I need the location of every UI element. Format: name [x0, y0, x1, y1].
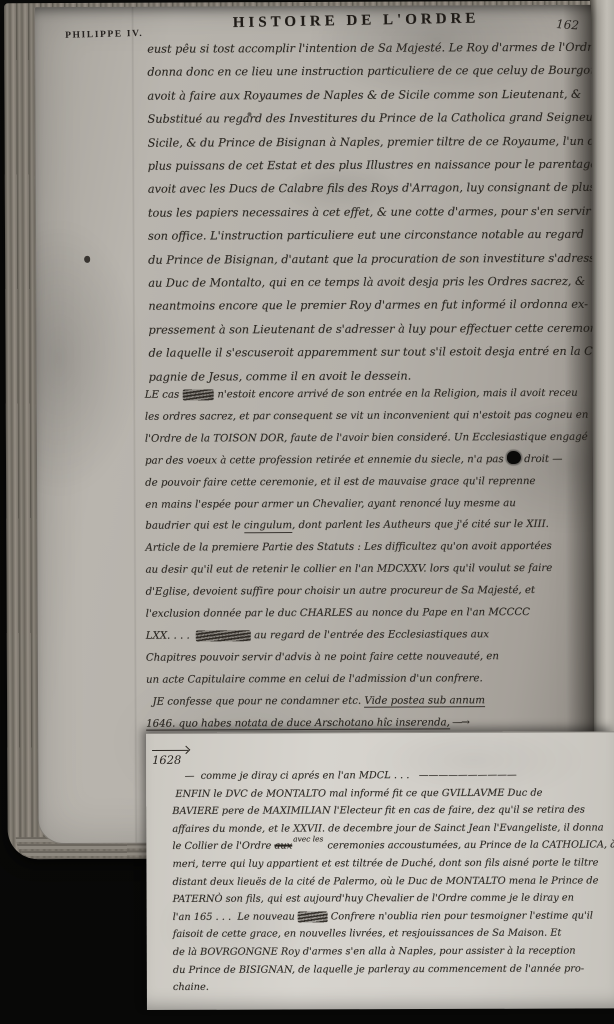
manuscript-line: de là BOVRGONGNE Roy d'armes s'en alla à…	[173, 942, 611, 961]
text-segment: Sicile, & du Prince de Bisignan à Naples…	[148, 134, 595, 149]
running-header: HISTOIRE DE L'ORDRE	[203, 10, 509, 33]
manuscript-line: du Prince de BISIGNAN, de laquelle je pa…	[173, 960, 611, 979]
manuscript-line: en mains l'espée pour armer un Chevalier…	[145, 492, 587, 516]
manuscript-line: de laquelle il s'escuseroit apparemment …	[148, 340, 584, 365]
text-segment: de pouvoir faire cette ceremonie, et il …	[145, 476, 535, 489]
manuscript-line: au desir qu'il eut de retenir le collier…	[145, 558, 587, 582]
text-segment: avoit à faire aux Royaumes de Naples & d…	[147, 88, 581, 103]
gutter-shadow	[563, 5, 595, 841]
text-segment: 1646. quo habes notata de duce Arschotan…	[146, 717, 450, 731]
manuscript-line: d'Eglise, devoient suffire pour choisir …	[146, 580, 588, 604]
slip-margin-year: 1628	[152, 750, 188, 767]
manuscript-line: neantmoins encore que le premier Roy d'a…	[148, 293, 584, 318]
manuscript-line: affaires du monde, et le XXVII. de decem…	[172, 819, 610, 838]
manuscript-line: avoit à faire aux Royaumes de Naples & d…	[147, 83, 583, 108]
manuscript-line: eust pêu si tost accomplir l'intention d…	[147, 36, 583, 61]
text-segment: donna donc en ce lieu une instruction pa…	[147, 64, 594, 79]
manuscript-line: l'an 165 . . . Le nouveau cheua Confrere…	[173, 907, 611, 926]
manuscript-line: son office. L'instruction particuliere e…	[148, 223, 584, 248]
text-segment: en mains l'espée pour armer un Chevalier…	[145, 498, 516, 511]
manuscript-line: par des voeux à cette profession retirée…	[145, 448, 587, 472]
text-segment: ceremonies accoustumées, au Prince de la…	[324, 840, 614, 852]
text-segment: de laquelle il s'escuseroit apparemment …	[149, 345, 595, 360]
text-segment: de là BOVRGONGNE Roy d'armes s'en alla à…	[173, 945, 576, 957]
text-segment: , dont parlent les Autheurs que j'é cité…	[292, 519, 549, 531]
text-segment: le Collier de l'Ordre	[172, 841, 274, 852]
text-segment: Article de la premiere Partie des Statut…	[145, 541, 551, 554]
text-segment: au Duc de Montalto, qui en ce temps là a…	[148, 275, 585, 290]
text-segment: au desir qu'il eut de retenir le collier…	[145, 563, 552, 576]
inserted-slip: 1628 — comme je diray ci aprés en l'an M…	[146, 731, 614, 1010]
text-segment: desquelles	[196, 630, 251, 641]
slip-year-text: 1628	[152, 753, 181, 767]
text-segment: —→	[450, 717, 469, 728]
manuscript-line: un acte Capitulaire comme en celui de l'…	[146, 668, 588, 692]
text-segment: l'Ordre de la TOISON DOR, faute de l'avo…	[145, 432, 588, 445]
text-segment: avec les	[293, 831, 323, 849]
ink-speck	[247, 112, 251, 116]
text-segment: — comme je diray ci aprés en l'an MDCL .…	[172, 770, 517, 782]
manuscript-line: le Collier de l'Ordre auxavec les ceremo…	[172, 837, 610, 856]
text-segment: LE cas	[145, 390, 183, 401]
text-segment: arriué	[182, 389, 214, 400]
manuscript-line: — comme je diray ci aprés en l'an MDCL .…	[172, 766, 610, 785]
text-segment: distant deux lieuës de la cité de Palerm…	[173, 875, 599, 887]
arrow-right-icon	[152, 750, 188, 751]
text-segment: ENFIN le DVC de MONTALTO mal informé fit…	[172, 787, 542, 799]
manuscript-line: ENFIN le DVC de MONTALTO mal informé fit…	[172, 784, 610, 803]
text-segment: son office. L'instruction particuliere e…	[148, 228, 584, 243]
manuscript-line: PATERNÒ son fils, qui est aujourd'huy Ch…	[173, 890, 611, 909]
manuscript-line: tous les papiers necessaires à cet effet…	[148, 200, 584, 225]
text-segment: neantmoins encore que le premier Roy d'a…	[148, 298, 588, 313]
manuscript-line: JE confesse que pour ne condamner etc. V…	[146, 689, 588, 713]
text-segment: d'Eglise, devoient suffire pour choisir …	[146, 585, 535, 598]
ink-speck	[84, 256, 90, 263]
body-text-block: eust pêu si tost accomplir l'intention d…	[147, 36, 585, 389]
manuscript-page: HISTOIRE DE L'ORDRE PHILIPPE IV. 162 eus…	[34, 5, 595, 844]
manuscript-line: BAVIERE pere de MAXIMILIAN l'Electeur fi…	[172, 802, 610, 821]
manuscript-line: Chapitres pouvoir servir d'advis à ne po…	[146, 646, 588, 670]
text-segment: droit —	[521, 454, 563, 465]
text-segment: PATERNÒ son fils, qui est aujourd'huy Ch…	[173, 893, 574, 905]
manuscript-line: distant deux lieuës de la cité de Palerm…	[172, 872, 610, 891]
text-segment: aux	[274, 841, 292, 852]
book: HISTOIRE DE L'ORDRE PHILIPPE IV. 162 eus…	[4, 1, 594, 860]
manuscript-line: faisoit de cette grace, en nouvelles liv…	[173, 925, 611, 944]
text-segment: faisoit de cette grace, en nouvelles liv…	[173, 928, 562, 940]
text-segment: au regard de l'entrée des Ecclesiastique…	[251, 629, 489, 641]
text-segment: Chapitres pouvoir servir d'advis à ne po…	[146, 651, 499, 664]
text-segment: eust pêu si tost accomplir l'intention d…	[147, 41, 594, 56]
text-segment: tous les papiers necessaires à cet effet…	[148, 204, 595, 219]
manuscript-line: les ordres sacrez, et par consequent se …	[145, 405, 587, 429]
manuscript-line: Article de la premiere Partie des Statut…	[145, 536, 587, 560]
text-segment: du Prince de BISIGNAN, de laquelle je pa…	[173, 963, 584, 975]
text-segment: Substitué au regard des Investitures du …	[147, 111, 594, 126]
slip-text-block: — comme je diray ci aprés en l'an MDCL .…	[172, 766, 611, 996]
manuscript-line: de pouvoir faire cette ceremonie, et il …	[145, 470, 587, 494]
text-segment: JE confesse que pour ne condamner etc.	[146, 695, 364, 707]
text-segment: BAVIERE pere de MAXIMILIAN l'Electeur fi…	[172, 805, 585, 817]
text-segment: pressement à son Lieutenant de s'adresse…	[148, 322, 594, 337]
text-segment: les ordres sacrez, et par consequent se …	[145, 410, 589, 423]
manuscript-line: baudrier qui est le cingulum, dont parle…	[145, 514, 587, 538]
text-segment: affaires du monde, et le XXVII. de decem…	[172, 822, 603, 835]
text-segment: Vide postea sub annum	[364, 695, 485, 708]
manuscript-line: chaine.	[173, 978, 611, 997]
manuscript-line: donna donc en ce lieu une instruction pa…	[147, 59, 583, 84]
manuscript-line: au Duc de Montalto, qui en ce temps là a…	[148, 270, 584, 295]
text-segment: du Prince de Bisignan, d'autant que la p…	[148, 251, 595, 266]
manuscript-line: l'Ordre de la TOISON DOR, faute de l'avo…	[145, 427, 587, 451]
text-segment: baudrier qui est le	[145, 521, 244, 532]
manuscript-line: avoit avec les Ducs de Calabre fils des …	[148, 176, 584, 201]
text-segment: Confrere n'oublia rien pour tesmoigner l…	[328, 910, 593, 922]
text-segment: l'an 165 . . . Le nouveau	[173, 911, 298, 922]
margin-crease	[131, 7, 138, 843]
text-segment: chaine.	[173, 982, 209, 993]
text-segment: cheua	[298, 911, 328, 922]
manuscript-line: plus puissans de cet Estat et des plus I…	[148, 153, 584, 178]
manuscript-line: l'exclusion donnée par le duc CHARLES au…	[146, 602, 588, 626]
manuscript-line: Substitué au regard des Investitures du …	[147, 106, 583, 131]
text-segment: plus puissans de cet Estat et des plus I…	[148, 158, 595, 173]
manuscript-line: Sicile, & du Prince de Bisignan à Naples…	[148, 129, 584, 154]
ink-blot-icon	[507, 451, 521, 464]
annotation-block: LE cas arriué n'estoit encore arrivé de …	[145, 383, 589, 735]
text-segment: par des voeux à cette profession retirée…	[145, 454, 507, 467]
text-segment: n'estoit encore arrivé de son entrée en …	[214, 388, 578, 401]
text-segment: pagnie de Jesus, comme il en avoit le de…	[149, 369, 412, 383]
text-segment: cingulum	[244, 520, 292, 533]
text-segment: l'exclusion donnée par le duc CHARLES au…	[146, 607, 530, 620]
text-segment: un acte Capitulaire comme en celui de l'…	[146, 673, 483, 685]
text-segment: LXX. . . .	[146, 630, 196, 641]
manuscript-line: du Prince de Bisignan, d'autant que la p…	[148, 246, 584, 271]
text-segment: avoit avec les Ducs de Calabre fils des …	[148, 181, 595, 196]
manuscript-line: LE cas arriué n'estoit encore arrivé de …	[145, 383, 587, 407]
manuscript-line: pressement à son Lieutenant de s'adresse…	[148, 317, 584, 342]
manuscript-line: LXX. . . . desquelles au regard de l'ent…	[146, 624, 588, 648]
manuscript-photograph: HISTOIRE DE L'ORDRE PHILIPPE IV. 162 eus…	[0, 0, 614, 1024]
manuscript-line: meri, terre qui luy appartient et est ti…	[172, 854, 610, 873]
text-segment: meri, terre qui luy appartient et est ti…	[172, 857, 598, 869]
margin-heading: PHILIPPE IV.	[65, 29, 143, 41]
